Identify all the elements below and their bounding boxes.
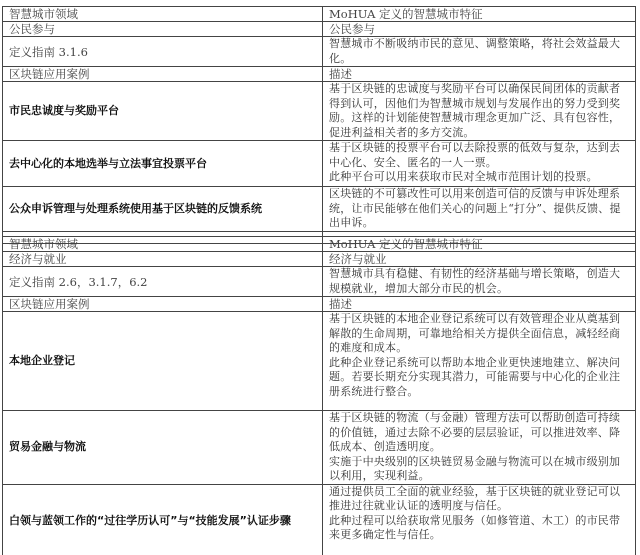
- smart-city-table-economy-employment: 智慧城市领域 MoHUA 定义的智慧城市特征 经济与就业 经济与就业 定义指南 …: [2, 236, 636, 555]
- case-description-paragraph: 基于区块链的本地企业登记系统可以有效管理企业从奠基到解散的生命周期，可靠地给相关…: [329, 312, 629, 356]
- feature-header: MoHUA 定义的智慧城市特征: [323, 7, 636, 22]
- domain-value: 经济与就业: [3, 252, 323, 267]
- case-description-paragraph: 此种过程可以给获取常见服务（如修管道、木工）的市民带来更多确定性与信任。: [329, 514, 629, 543]
- case-description-paragraph: 区块链的不可篡改性可以用来创造可信的反馈与申诉处理系统，让市民能够在他们关心的问…: [329, 187, 629, 231]
- case-description: 通过提供员工全面的就业经验，基于区块链的就业登记可以推进过往就业认证的透明度与信…: [323, 484, 636, 555]
- case-description-paragraph: 通过提供员工全面的就业经验，基于区块链的就业登记可以推进过往就业认证的透明度与信…: [329, 485, 629, 514]
- case-header: 区块链应用案例: [3, 67, 323, 82]
- feature-description: 智慧城市不断吸纳市民的意见、调整策略，将社会效益最大化。: [323, 37, 636, 67]
- case-name: 市民忠诚度与奖励平台: [3, 82, 323, 141]
- description-header: 描述: [323, 297, 636, 312]
- header-row: 智慧城市领域 MoHUA 定义的智慧城市特征: [3, 7, 636, 22]
- guideline: 定义指南 3.1.6: [3, 37, 323, 67]
- description-header: 描述: [323, 67, 636, 82]
- case-description-paragraph: 基于区块链的忠诚度与奖励平台可以确保民间团体的贡献者得到认可，因他们为智慧城市规…: [329, 82, 629, 140]
- case-row: 本地企业登记 基于区块链的本地企业登记系统可以有效管理企业从奠基到解散的生命周期…: [3, 312, 636, 411]
- case-description: 基于区块链的投票平台可以去除投票的低效与复杂，达到去中心化、安全、匿名的一人一票…: [323, 141, 636, 187]
- guideline: 定义指南 2.6，3.1.7，6.2: [3, 267, 323, 297]
- domain-row: 公民参与 公民参与: [3, 22, 636, 37]
- header-row: 智慧城市领域 MoHUA 定义的智慧城市特征: [3, 237, 636, 252]
- feature-name: 公民参与: [323, 22, 636, 37]
- case-description: 基于区块链的本地企业登记系统可以有效管理企业从奠基到解散的生命周期，可靠地给相关…: [323, 312, 636, 411]
- case-name: 贸易金融与物流: [3, 411, 323, 485]
- feature-name: 经济与就业: [323, 252, 636, 267]
- feature-description: 智慧城市具有稳健、有韧性的经济基础与增长策略，创造大规模就业，增加大部分市民的机…: [323, 267, 636, 297]
- guideline-row: 定义指南 3.1.6 智慧城市不断吸纳市民的意见、调整策略，将社会效益最大化。: [3, 37, 636, 67]
- domain-row: 经济与就业 经济与就业: [3, 252, 636, 267]
- case-description: 基于区块链的物流（与金融）管理方法可以帮助创造可持续的价值链，通过去除不必要的层…: [323, 411, 636, 485]
- domain-header: 智慧城市领域: [3, 7, 323, 22]
- case-description-paragraph: 此种平台可以用来获取市民对全城市范围计划的投票。: [329, 170, 629, 185]
- case-name: 白领与蓝领工作的“过往学历认可”与“技能发展”认证步骤: [3, 484, 323, 555]
- feature-header: MoHUA 定义的智慧城市特征: [323, 237, 636, 252]
- domain-header: 智慧城市领域: [3, 237, 323, 252]
- case-description: 区块链的不可篡改性可以用来创造可信的反馈与申诉处理系统，让市民能够在他们关心的问…: [323, 187, 636, 232]
- case-row: 白领与蓝领工作的“过往学历认可”与“技能发展”认证步骤 通过提供员工全面的就业经…: [3, 484, 636, 555]
- case-description-paragraph: 此种企业登记系统可以帮助本地企业更快速地建立、解决问题。若要长期充分实现其潜力，…: [329, 356, 629, 400]
- guideline-row: 定义指南 2.6，3.1.7，6.2 智慧城市具有稳健、有韧性的经济基础与增长策…: [3, 267, 636, 297]
- case-row: 贸易金融与物流 基于区块链的物流（与金融）管理方法可以帮助创造可持续的价值链，通…: [3, 411, 636, 485]
- case-row: 市民忠诚度与奖励平台 基于区块链的忠诚度与奖励平台可以确保民间团体的贡献者得到认…: [3, 82, 636, 141]
- case-description-paragraph: 实施于中央级别的区块链贸易金融与物流可以在城市级别加以利用，实现利益。: [329, 455, 629, 484]
- domain-value: 公民参与: [3, 22, 323, 37]
- case-row: 去中心化的本地选举与立法事宜投票平台 基于区块链的投票平台可以去除投票的低效与复…: [3, 141, 636, 187]
- case-description-paragraph: 基于区块链的物流（与金融）管理方法可以帮助创造可持续的价值链，通过去除不必要的层…: [329, 411, 629, 455]
- case-description-paragraph: 基于区块链的投票平台可以去除投票的低效与复杂，达到去中心化、安全、匿名的一人一票…: [329, 141, 629, 170]
- case-header: 区块链应用案例: [3, 297, 323, 312]
- smart-city-table-citizen-participation: 智慧城市领域 MoHUA 定义的智慧城市特征 公民参与 公民参与 定义指南 3.…: [2, 6, 636, 244]
- case-row: 公众申诉管理与处理系统使用基于区块链的反馈系统 区块链的不可篡改性可以用来创造可…: [3, 187, 636, 232]
- case-description: 基于区块链的忠诚度与奖励平台可以确保民间团体的贡献者得到认可，因他们为智慧城市规…: [323, 82, 636, 141]
- case-name: 去中心化的本地选举与立法事宜投票平台: [3, 141, 323, 187]
- case-name: 本地企业登记: [3, 312, 323, 411]
- case-header-row: 区块链应用案例 描述: [3, 297, 636, 312]
- case-name: 公众申诉管理与处理系统使用基于区块链的反馈系统: [3, 187, 323, 232]
- case-header-row: 区块链应用案例 描述: [3, 67, 636, 82]
